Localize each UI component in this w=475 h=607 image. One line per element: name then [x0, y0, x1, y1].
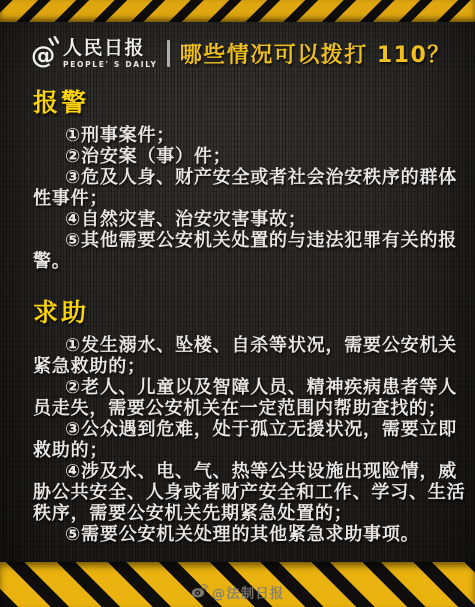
content: 报警 ①刑事案件； ②治安案（事）件； ③危及人身、财产安全或者社会治安秩序的群…: [33, 88, 470, 545]
watermark-handle: @法制日报: [212, 582, 285, 602]
section-baojing: 报警 ①刑事案件； ②治安案（事）件； ③危及人身、财产安全或者社会治安秩序的群…: [33, 88, 470, 272]
list-item: ②治安案（事）件；: [33, 146, 470, 167]
list-item: ①刑事案件；: [33, 125, 470, 146]
section-heading-qiuzhu: 求助: [33, 298, 470, 328]
header-divider: [167, 40, 170, 67]
watermark: @法制日报: [0, 582, 475, 602]
list-item: ②老人、儿童以及智障人员、精神疾病患者等人员走失，需要公安机关在一定范围内帮助查…: [33, 377, 470, 419]
weibo-icon: [191, 583, 208, 602]
peoples-daily-logo: @ 人民日报 PEOPLE' S DAILY: [31, 36, 158, 70]
logo-en: PEOPLE' S DAILY: [63, 60, 158, 69]
list-item: ⑤其他需要公安机关处置的与违法犯罪有关的报警。: [33, 230, 470, 272]
logo-text: 人民日报 PEOPLE' S DAILY: [63, 38, 158, 69]
poster-110-infographic: @ 人民日报 PEOPLE' S DAILY 哪些情况可以拨打 110？ 报警 …: [0, 0, 475, 607]
header: @ 人民日报 PEOPLE' S DAILY 哪些情况可以拨打 110？: [0, 22, 475, 84]
section-items-baojing: ①刑事案件； ②治安案（事）件； ③危及人身、财产安全或者社会治安秩序的群体性事…: [33, 125, 470, 272]
list-item: ⑤需要公安机关处理的其他紧急求助事项。: [33, 524, 470, 545]
list-item: ④涉及水、电、气、热等公共设施出现险情，威胁公共安全、人身或者财产安全和工作、学…: [33, 461, 470, 524]
at-symbol-icon: @: [31, 36, 59, 70]
section-qiuzhu: 求助 ①发生溺水、坠楼、自杀等状况，需要公安机关紧急救助的； ②老人、儿童以及智…: [33, 298, 470, 545]
list-item: ①发生溺水、坠楼、自杀等状况，需要公安机关紧急救助的；: [33, 335, 470, 377]
page-title: 哪些情况可以拨打 110？: [180, 38, 451, 69]
section-heading-baojing: 报警: [33, 88, 470, 118]
list-item: ③公众遇到危难，处于孤立无援状况，需要立即救助的；: [33, 419, 470, 461]
logo-cn: 人民日报: [63, 38, 158, 58]
list-item: ④自然灾害、治安灾害事故；: [33, 209, 470, 230]
list-item: ③危及人身、财产安全或者社会治安秩序的群体性事件；: [33, 167, 470, 209]
hazard-stripes-top: [0, 0, 475, 22]
section-items-qiuzhu: ①发生溺水、坠楼、自杀等状况，需要公安机关紧急救助的； ②老人、儿童以及智障人员…: [33, 335, 470, 545]
